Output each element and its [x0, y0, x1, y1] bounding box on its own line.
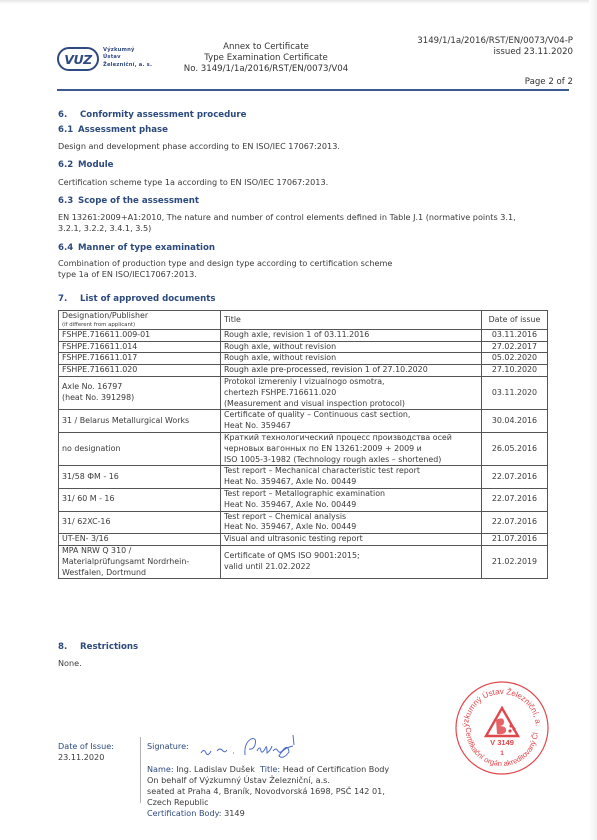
cell-date: 22.07.2016 [481, 466, 547, 489]
section-6-2-heading: 6.2Module [58, 160, 114, 170]
document-id: 3149/1/1a/2016/RST/EN/0073/V04-P [417, 36, 573, 47]
signatory-line: Name: Ing. Ladislav Dušek Title: Head of… [147, 764, 389, 775]
section-6-3-heading: 6.3Scope of the assessment [58, 196, 199, 206]
certification-body-label: Certification Body: [147, 808, 222, 818]
on-behalf-line: On behalf of Výzkumný Ústav Železniční, … [147, 775, 389, 786]
designation-header-note: (if different from applicant) [62, 322, 217, 329]
cell-designation: 31/ 60 M - 16 [59, 488, 221, 511]
table-row: MPA NRW Q 310 /Materialprüfungsamt Nordr… [59, 545, 548, 578]
table-row: FSHPE.716611.020Rough axle pre-processed… [59, 365, 548, 377]
section-8-text: None. [58, 658, 558, 669]
svg-text:1: 1 [500, 750, 504, 757]
cell-date: 22.07.2016 [481, 511, 547, 534]
table-row: 31/58 ФМ - 16Test report – Mechanical ch… [59, 466, 548, 489]
table-row: FSHPE.716611.017Rough axle, without revi… [59, 353, 548, 365]
cell-date: 26.05.2016 [481, 432, 547, 465]
section-6-4-heading: 6.4Manner of type examination [58, 243, 215, 253]
section-title: Assessment phase [78, 125, 168, 135]
cell-title: Certificate of QMS ISO 9001:2015;valid u… [220, 545, 481, 578]
table-row: 31 / Belarus Metallurgical WorksCertific… [59, 410, 548, 433]
title-value: Head of Certification Body [283, 764, 390, 774]
cell-date: 03.11.2020 [481, 376, 547, 409]
scan-shadow-top [0, 0, 597, 4]
org-name: Výzkumný Ústav Železniční, a. s. [103, 47, 152, 69]
header-certificate-number: No. 3149/1/1a/2016/RST/EN/0073/V04 [150, 64, 382, 75]
cell-designation: FSHPE.716611.009-01 [59, 329, 221, 341]
cell-title: Test report – Metallographic examination… [220, 488, 481, 511]
cell-date: 21.02.2019 [481, 545, 547, 578]
section-title: List of approved documents [80, 294, 215, 304]
cell-designation: Axle No. 16797(heat No. 391298) [59, 376, 221, 409]
table-row: 31/ 60 M - 16Test report – Metallographi… [59, 488, 548, 511]
section-7-heading: 7.List of approved documents [58, 294, 215, 304]
section-6-4-text: Combination of production type and desig… [58, 258, 398, 281]
section-title: Scope of the assessment [78, 196, 199, 206]
date-of-issue: Date of Issue: 23.11.2020 [58, 741, 114, 763]
signature-divider [140, 737, 141, 803]
date-of-issue-value: 23.11.2020 [58, 752, 114, 763]
cell-date: 27.02.2017 [481, 341, 547, 353]
table-header-row: Designation/Publisher (if different from… [59, 311, 548, 330]
section-number: 6.3 [58, 196, 78, 206]
table-row: FSHPE.716611.014Rough axle, without revi… [59, 341, 548, 353]
header-doc-info: 3149/1/1a/2016/RST/EN/0073/V04-P issued … [417, 36, 573, 58]
section-title: Module [78, 160, 114, 170]
table-row: UT-EN- 3/16Visual and ultrasonic testing… [59, 534, 548, 546]
section-number: 6. [58, 110, 80, 120]
header-divider [57, 89, 569, 91]
cell-designation: FSHPE.716611.017 [59, 353, 221, 365]
handwritten-signature [197, 731, 337, 761]
name-label: Name: [147, 764, 174, 774]
table-row: FSHPE.716611.009-01Rough axle, revision … [59, 329, 548, 341]
section-number: 6.2 [58, 160, 78, 170]
scan-shadow-right [589, 0, 597, 840]
address-country: Czech Republic [147, 797, 389, 808]
cell-title: Rough axle, without revision [220, 353, 481, 365]
section-8-heading: 8.Restrictions [58, 642, 138, 652]
section-6-1-text: Design and development phase according t… [58, 141, 558, 152]
cell-title: Visual and ultrasonic testing report [220, 534, 481, 546]
section-title: Conformity assessment procedure [80, 110, 246, 120]
table-row: 31/ 62XC-16Test report – Chemical analys… [59, 511, 548, 534]
header-title-line: Type Examination Certificate [150, 53, 382, 64]
date-of-issue-label: Date of Issue: [58, 741, 114, 752]
cell-date: 03.11.2016 [481, 329, 547, 341]
table-body: FSHPE.716611.009-01Rough axle, revision … [59, 329, 548, 579]
cell-designation: 31/ 62XC-16 [59, 511, 221, 534]
cell-designation: 31 / Belarus Metallurgical Works [59, 410, 221, 433]
title-label: Title: [260, 764, 280, 774]
cell-date: 05.02.2020 [481, 353, 547, 365]
cell-date: 22.07.2016 [481, 488, 547, 511]
column-header-date: Date of issue [481, 311, 547, 330]
section-title: Restrictions [80, 642, 138, 652]
designation-header: Designation/Publisher [62, 311, 148, 320]
section-number: 6.1 [58, 125, 78, 135]
certification-body-value: 3149 [224, 808, 245, 818]
page-number: Page 2 of 2 [525, 77, 573, 87]
vuz-logo: VUZ [57, 47, 99, 71]
cell-designation: no designation [59, 432, 221, 465]
cell-title: Protokol izmereniy I vizualnogo osmotra,… [220, 376, 481, 409]
org-name-line: Ústav [103, 54, 152, 61]
header-title-line: Annex to Certificate [150, 42, 382, 53]
cell-date: 27.10.2020 [481, 365, 547, 377]
cell-designation: FSHPE.716611.014 [59, 341, 221, 353]
section-6-3-text: EN 13261:2009+A1:2010, The nature and nu… [58, 212, 538, 235]
approved-documents-table: Designation/Publisher (if different from… [58, 310, 548, 579]
address-line: seated at Praha 4, Braník, Novodvorská 1… [147, 786, 389, 797]
column-header-title: Title [220, 311, 481, 330]
cell-designation: FSHPE.716611.020 [59, 365, 221, 377]
cell-date: 30.04.2016 [481, 410, 547, 433]
cell-designation: MPA NRW Q 310 /Materialprüfungsamt Nordr… [59, 545, 221, 578]
cell-title: Краткий технологический процесс производ… [220, 432, 481, 465]
certification-stamp: Výzkumný Ústav Železniční, a.s. Certifik… [452, 678, 552, 778]
cell-title: Rough axle, without revision [220, 341, 481, 353]
org-name-line: Železniční, a. s. [103, 62, 152, 69]
section-title: Manner of type examination [78, 243, 215, 253]
logo-text: VUZ [64, 52, 91, 67]
table-row: no designationКраткий технологический пр… [59, 432, 548, 465]
section-number: 7. [58, 294, 80, 304]
name-value: Ing. Ladislav Dušek [176, 764, 255, 774]
section-number: 6.4 [58, 243, 78, 253]
cell-designation: 31/58 ФМ - 16 [59, 466, 221, 489]
section-6-2-text: Certification scheme type 1a according t… [58, 177, 558, 188]
svg-text:V 3149: V 3149 [490, 738, 514, 747]
table-row: Axle No. 16797(heat No. 391298)Protokol … [59, 376, 548, 409]
column-header-designation: Designation/Publisher (if different from… [59, 311, 221, 330]
cell-title: Test report – Mechanical characteristic … [220, 466, 481, 489]
cell-title: Certificate of quality – Continuous cast… [220, 410, 481, 433]
header-title: Annex to Certificate Type Examination Ce… [150, 42, 382, 76]
cell-title: Test report – Chemical analysisHeat No. … [220, 511, 481, 534]
cell-title: Rough axle, revision 1 of 03.11.2016 [220, 329, 481, 341]
issued-date: issued 23.11.2020 [417, 47, 573, 58]
section-6-heading: 6.Conformity assessment procedure [58, 110, 246, 120]
section-6-1-heading: 6.1Assessment phase [58, 125, 168, 135]
cell-date: 21.07.2016 [481, 534, 547, 546]
cell-title: Rough axle pre-processed, revision 1 of … [220, 365, 481, 377]
section-number: 8. [58, 642, 80, 652]
cell-designation: UT-EN- 3/16 [59, 534, 221, 546]
